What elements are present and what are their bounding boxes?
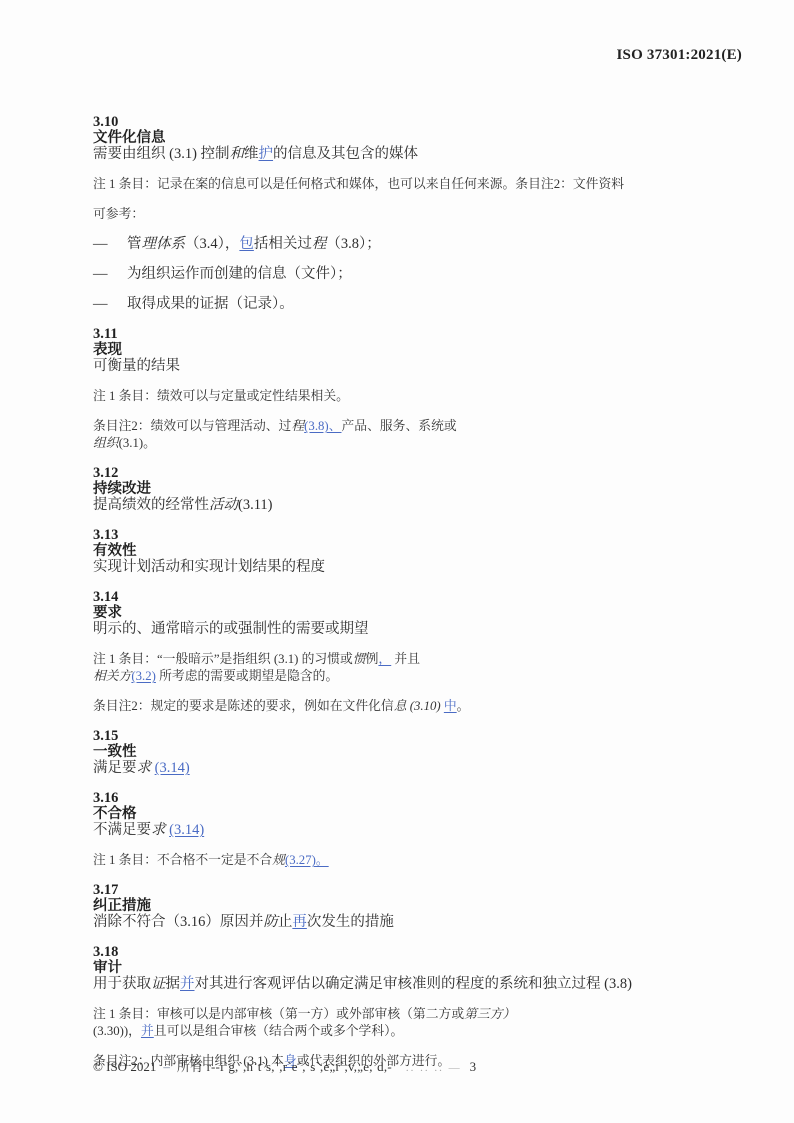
term-number: 3.11 [93,326,742,342]
text-run: 可衡量的结果 [93,358,180,374]
term-number: 3.14 [93,589,742,605]
term-title: 一致性 [93,744,742,760]
term-reference-link[interactable]: 并 [180,976,195,992]
term-section-3-11: 3.11表现可衡量的结果注 1 条目：绩效可以与定量或定性结果相关。条目注2：绩… [93,326,742,452]
text-run: 惯 [353,652,366,666]
terms-list: 3.10文件化信息需要由组织 (3.1) 控制和维护的信息及其包含的媒体注 1 … [93,114,742,1070]
text-run: 为组织运作而创建的信息（文件）； [127,266,352,282]
text-run: 求 [137,760,152,776]
text-run: 并且 [391,652,420,666]
text-run: 注 1 条目：记录在案的信息可以是任何格式和媒体，也可以来自任何来源。条目注2：… [93,177,624,191]
text-run: 理体系 [142,236,186,252]
bullet-item: —取得成果的证据（记录）。 [93,296,742,313]
bullet-text: 取得成果的证据（记录）。 [127,296,294,313]
term-section-3-18: 3.18审计用于获取证据并对其进行客观评估以确定满足审核准则的程度的系统和独立过… [93,944,742,1070]
text-run: （3.8）； [326,236,380,252]
bullet-item: —管理体系（3.4），包括相关过程（3.8）； [93,236,742,253]
term-number: 3.17 [93,882,742,898]
footer-dot-leader: .. .. .. — [406,1062,462,1074]
term-reference-link[interactable]: 护 [259,146,274,162]
term-title: 表现 [93,342,742,358]
term-number: 3.12 [93,465,742,481]
text-run: 的信息及其包含的媒体 [273,146,418,162]
term-reference-link[interactable]: (3.2) [131,669,156,683]
text-run: 程 [312,236,327,252]
term-section-3-13: 3.13有效性实现计划活动和实现计划结果的程度 [93,527,742,576]
term-title: 纠正措施 [93,898,742,914]
text-run: 规 [272,853,285,867]
term-definition: 不满足要求 (3.14) [93,822,742,839]
document-reference: ISO 37301:2021(E) [617,47,743,63]
text-run: 注 1 条目：“一般暗示”是指组织 (3.1) 的习惯或 [93,652,353,666]
text-run: 求 [151,822,166,838]
term-reference-link[interactable]: ， [378,652,391,666]
page-header: ISO 37301:2021(E) [93,47,742,64]
text-run: 据 [166,976,181,992]
text-run: 提高绩效的经常性 [93,497,209,513]
text-run: 实现计划活动和实现计划结果的程度 [93,559,325,575]
text-run: 止 [278,914,293,930]
term-number: 3.13 [93,527,742,543]
bullet-text: 管理体系（3.4），包括相关过程（3.8）； [127,236,381,253]
term-definition: 可衡量的结果 [93,358,742,375]
text-run: 活动 [209,497,238,513]
term-definition: 用于获取证据并对其进行客观评估以确定满足审核准则的程度的系统和独立过程 (3.8… [93,976,742,993]
text-run: (3.30))， [93,1024,141,1038]
copyright-text: © ISO 2021 [93,1059,156,1074]
term-reference-link[interactable]: (3.14) [155,760,190,776]
term-section-3-17: 3.17纠正措施消除不符合（3.16）原因并防止再次发生的措施 [93,882,742,931]
term-title: 要求 [93,605,742,621]
text-run: 第三方） [464,1007,515,1021]
text-run: 条目注2：规定的要求是陈述的要求，例如在文件化信 [93,699,394,713]
text-run: 相关方 [93,669,131,683]
term-title: 文件化信息 [93,130,742,146]
term-reference-link[interactable]: 再 [292,914,307,930]
term-reference-link[interactable]: 包 [239,236,254,252]
text-run: 且可以是组合审核（结合两个或多个学科）。 [154,1024,404,1038]
text-run: 满足要 [93,760,137,776]
text-run: 产品、服务、系统或 [341,419,456,433]
text-run: 次发生的措施 [307,914,394,930]
term-number: 3.10 [93,114,742,130]
text-run: 程 [291,419,304,433]
text-run: 用于获取 [93,976,151,992]
text-run: （3.4）， [185,236,239,252]
document-page: ISO 37301:2021(E) 3.10文件化信息需要由组织 (3.1) 控… [0,0,794,1123]
term-reference-link[interactable]: (3.14) [169,822,204,838]
term-section-3-15: 3.15一致性满足要求 (3.14) [93,728,742,777]
text-run: 管 [127,236,142,252]
text-run: (3.1)。 [119,436,156,450]
term-title: 有效性 [93,543,742,559]
text-run: 括相关过 [254,236,312,252]
page-footer: © ISO 2021–所有 r--i`g,`,h`t`s,`,r`e`,`s`,… [93,1056,742,1075]
term-section-3-16: 3.16不合格不满足要求 (3.14)注 1 条目：不合格不一定是不合规(3.2… [93,790,742,869]
term-section-3-12: 3.12持续改进提高绩效的经常性活动(3.11) [93,465,742,514]
term-note: 条目注2：规定的要求是陈述的要求，例如在文件化信息 (3.10) 中。 [93,698,742,715]
footer-separator: – [163,1059,170,1074]
text-run: 和 [230,146,245,162]
text-run: 对其进行客观评估以确定满足审核准则的程度的系统和独立过程 (3.8) [195,976,632,992]
text-run: 证 [151,976,166,992]
term-note: 条目注2：绩效可以与管理活动、过程(3.8)、产品、服务、系统或组织(3.1)。 [93,418,742,452]
term-section-3-14: 3.14要求明示的、通常暗示的或强制性的需要或期望注 1 条目：“一般暗示”是指… [93,589,742,715]
term-reference-link[interactable]: 并 [141,1024,154,1038]
text-run: 息 (3.10) [394,699,441,713]
term-definition: 满足要求 (3.14) [93,760,742,777]
text-run: 组织 [93,436,119,450]
text-run: 取得成果的证据（记录）。 [127,296,294,312]
term-note: 注 1 条目：不合格不一定是不合规(3.27)。 [93,852,742,869]
term-note: 可参考： [93,206,742,223]
term-definition: 消除不符合（3.16）原因并防止再次发生的措施 [93,914,742,931]
term-note: 注 1 条目：审核可以是内部审核（第一方）或外部审核（第二方或第三方）(3.30… [93,1006,742,1040]
term-reference-link[interactable]: 中 [444,699,457,713]
term-reference-link[interactable]: (3.27)。 [285,853,329,867]
term-title: 审计 [93,960,742,976]
text-run: 可参考： [93,207,144,221]
term-definition: 明示的、通常暗示的或强制性的需要或期望 [93,621,742,638]
term-definition: 需要由组织 (3.1) 控制和维护的信息及其包含的媒体 [93,146,742,163]
bullet-dash-icon: — [93,266,127,283]
term-reference-link[interactable]: (3.8)、 [304,419,341,433]
text-run: 维 [244,146,259,162]
text-run: 条目注2：绩效可以与管理活动、过 [93,419,291,433]
term-definition: 实现计划活动和实现计划结果的程度 [93,559,742,576]
term-number: 3.16 [93,790,742,806]
term-note: 注 1 条目：绩效可以与定量或定性结果相关。 [93,388,742,405]
rights-reserved-text: 所有 r--i`g,`,h`t`s,`,r`e`,`s`,e„r`,v,„e,`… [177,1059,392,1074]
text-run: 。 [457,699,470,713]
term-number: 3.18 [93,944,742,960]
bullet-item: —为组织运作而创建的信息（文件）； [93,266,742,283]
text-run: 需要由组织 (3.1) 控制 [93,146,230,162]
term-number: 3.15 [93,728,742,744]
page-number: 3 [470,1059,477,1074]
term-definition: 提高绩效的经常性活动(3.11) [93,497,742,514]
bullet-dash-icon: — [93,296,127,313]
term-note: 注 1 条目：记录在案的信息可以是任何格式和媒体，也可以来自任何来源。条目注2：… [93,176,742,193]
text-run: 注 1 条目：不合格不一定是不合 [93,853,272,867]
text-run: 注 1 条目：绩效可以与定量或定性结果相关。 [93,389,349,403]
text-run: 不满足要 [93,822,151,838]
text-run: 消除不符合（3.16）原因并 [93,914,263,930]
text-run: 例 [366,652,379,666]
text-run: 所考虑的需要或期望是隐含的。 [156,669,338,683]
text-run: 明示的、通常暗示的或强制性的需要或期望 [93,621,369,637]
bullet-text: 为组织运作而创建的信息（文件）； [127,266,352,283]
term-title: 持续改进 [93,481,742,497]
bullet-dash-icon: — [93,236,127,253]
text-run: 防 [263,914,278,930]
text-run: 注 1 条目：审核可以是内部审核（第一方）或外部审核（第二方或 [93,1007,464,1021]
term-section-3-10: 3.10文件化信息需要由组织 (3.1) 控制和维护的信息及其包含的媒体注 1 … [93,114,742,313]
term-note: 注 1 条目：“一般暗示”是指组织 (3.1) 的习惯或惯例， 并且相关方(3.… [93,651,742,685]
term-title: 不合格 [93,806,742,822]
text-run: (3.11) [238,497,273,513]
